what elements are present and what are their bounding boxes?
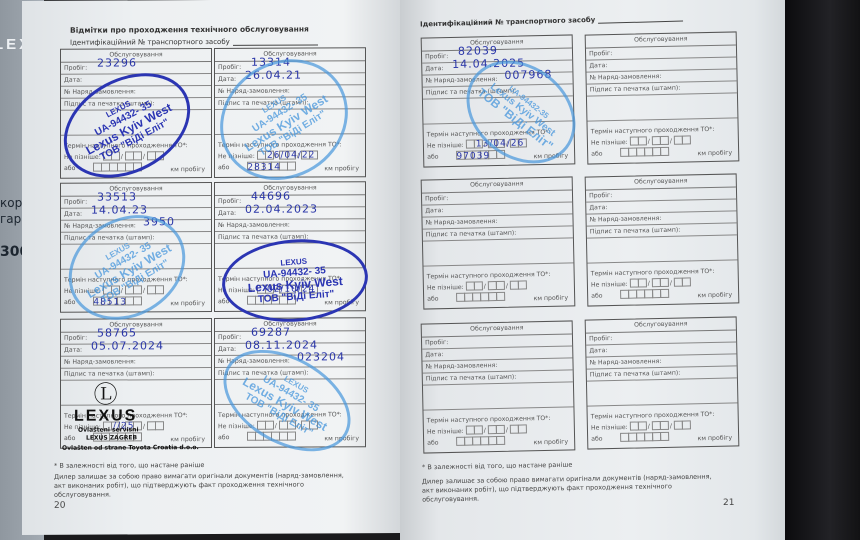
date-value[interactable]: 05.07.2024	[91, 340, 164, 351]
next-date-boxes[interactable]: //	[630, 420, 690, 432]
footnote: * В залежності від того, що настане рані…	[54, 461, 204, 471]
km-label: км пробігу	[170, 166, 205, 173]
dealer-stamp-text: LEXUS ZAGREB	[86, 434, 137, 441]
signature-area[interactable]	[587, 378, 737, 406]
date-row: Дата: 02.04.2023	[215, 207, 365, 220]
km-label: км пробігу	[698, 292, 733, 300]
km-label: км пробігу	[534, 295, 569, 303]
km-label: км пробігу	[698, 435, 733, 443]
next-km-value[interactable]: 97039	[456, 151, 490, 162]
mileage-value[interactable]: 23296	[97, 57, 137, 68]
service-record-card: Обслуговування Пробіг: Дата: № Наряд-зам…	[421, 320, 576, 453]
page-number: 21	[723, 498, 734, 508]
next-km-boxes[interactable]	[620, 147, 668, 159]
km-label: км пробігу	[698, 150, 733, 158]
dealer-stamp-text: Ovlašten od strane Toyota Croatia d.o.o.	[62, 444, 199, 452]
footnote: * В залежності від того, що настане рані…	[422, 461, 573, 473]
service-record-card: Обслуговування Пробіг: Дата: № Наряд-зам…	[585, 173, 740, 306]
signature-area[interactable]	[587, 93, 737, 121]
mileage-value[interactable]: 44696	[251, 191, 291, 202]
next-km-boxes[interactable]	[620, 432, 668, 444]
km-label: км пробігу	[534, 439, 569, 447]
lexus-logo-icon: Ⓛ	[74, 383, 137, 407]
km-label: км пробігу	[170, 436, 205, 443]
mileage-value[interactable]: 82039	[458, 45, 498, 57]
page-number: 20	[54, 501, 65, 511]
signature-row: Підпис та печатка (штамп):	[61, 368, 211, 381]
lexus-dealer-logo: Ⓛ LEXUS	[74, 383, 137, 425]
vin-label: Ідентифікаційний № транспортного засобу	[420, 14, 683, 29]
service-record-card: Обслуговування Пробіг: Дата: № Наряд-зам…	[585, 316, 740, 449]
date-value[interactable]: 02.04.2023	[245, 203, 318, 214]
km-label: км пробігу	[170, 300, 205, 307]
next-date-boxes[interactable]: //	[630, 135, 690, 147]
order-row: № Наряд-замовлення:	[61, 356, 211, 369]
order-row: № Наряд-замовлення:	[215, 219, 365, 232]
mileage-value[interactable]: 69287	[251, 327, 291, 338]
service-record-card: Обслуговування Пробіг: Дата: № Наряд-зам…	[585, 31, 740, 164]
vin-label: Ідентифікаційний № транспортного засобу	[70, 37, 318, 46]
date-row: Дата: 05.07.2024	[61, 344, 211, 357]
next-km-boxes[interactable]	[456, 436, 504, 448]
next-km-boxes[interactable]	[456, 292, 504, 304]
background-surface	[784, 0, 860, 540]
dealer-stamp-text: Ovlašteni servisni	[78, 426, 139, 433]
page-heading: Відмітки про проходження технічного обсл…	[70, 24, 309, 34]
signature-area[interactable]	[423, 382, 573, 410]
right-page: Ідентифікаційний № транспортного засобу …	[400, 0, 785, 540]
signature-area[interactable]	[587, 235, 737, 263]
left-page: Відмітки про проходження технічного обсл…	[22, 0, 400, 535]
next-km-boxes[interactable]	[620, 289, 668, 301]
mileage-value[interactable]: 58765	[97, 327, 137, 338]
mileage-value[interactable]: 33513	[97, 191, 137, 202]
disclaimer: Дилер залишає за собою право вимагати ор…	[54, 471, 354, 500]
signature-area[interactable]	[423, 238, 573, 266]
service-record-card: Обслуговування Пробіг: Дата: № Наряд-зам…	[421, 176, 576, 309]
next-date-boxes[interactable]: //	[630, 277, 690, 289]
next-date-boxes[interactable]: //	[466, 424, 526, 436]
disclaimer: Дилер залишає за собою право вимагати ор…	[422, 472, 722, 504]
next-date-boxes[interactable]: //	[466, 280, 526, 292]
km-label: км пробігу	[324, 165, 359, 172]
